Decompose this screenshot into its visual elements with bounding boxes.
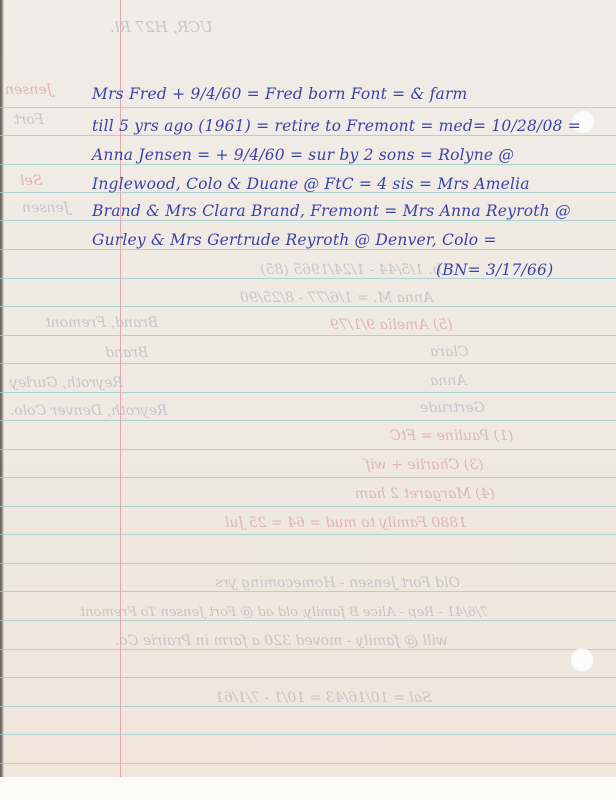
note-line-3: Anna Jensen = + 9/4/60 = sur by 2 sons =… [92, 145, 514, 165]
bleed-line: will @ family - moved 320 a farm in Prai… [115, 633, 448, 649]
bleed-line: Brand, Fremont [45, 315, 158, 331]
bleed-line: 1880 Family to mud = 64 = 25 Jul [225, 515, 467, 531]
bleed-line: Reyroth, Gurley [10, 375, 123, 391]
rule-line [0, 591, 616, 592]
bleed-line: Gertrude [420, 400, 485, 416]
top-rule [0, 107, 616, 108]
note-line-2: till 5 yrs ago (1961) = retire to Fremon… [92, 116, 581, 136]
bleed-line: Clara [430, 344, 469, 360]
hole-punch [570, 648, 594, 672]
rule-line [0, 306, 616, 307]
rule-line [0, 420, 616, 421]
rule-line [0, 449, 616, 450]
bleed-margin-note: Fort [14, 112, 44, 128]
rule-line [0, 763, 616, 764]
bleed-margin-note: Sel [20, 173, 42, 189]
bleed-line: (4) Margaret 2 ham [355, 486, 495, 502]
bleed-line: Old Fort Jensen - Homecoming yrs [215, 575, 460, 591]
bleed-margin-note: Jensen [5, 82, 52, 98]
rule-line [0, 620, 616, 621]
bleed-line: (3) Charlie + wif [365, 457, 484, 473]
rule-line [0, 392, 616, 393]
rule-line [0, 649, 616, 650]
rule-line [0, 506, 616, 507]
rule-line [0, 563, 616, 564]
note-line-7: (BN= 3/17/66) [436, 260, 553, 280]
bleed-line: Reyroth, Denver Colo. [10, 403, 168, 419]
bleed-header: UCR, H27 Rl. [110, 18, 213, 36]
rule-line [0, 335, 616, 336]
bleed-line: 7/6/41 - Rep - Alice B family, old ad @ … [80, 605, 488, 620]
scan-edge-shadow [0, 0, 4, 777]
bleed-line: (1) Pauline = FtC [390, 428, 513, 444]
rule-line [0, 477, 616, 478]
note-line-4: Inglewood, Colo & Duane @ FtC = 4 sis = … [92, 174, 530, 194]
bleed-line: Anna [430, 373, 467, 389]
note-line-6: Gurley & Mrs Gertrude Reyroth @ Denver, … [92, 230, 497, 250]
bleed-line: Brand [105, 345, 148, 361]
rule-line [0, 677, 616, 678]
bleed-line: b. 1/5/44 - 1/24/1965 (85) [260, 262, 442, 278]
bleed-line: Anna M. = 1/6/77 - 8/25/90 [240, 290, 433, 306]
bleed-line: Sal = 10/16/43 = 10/1 - 7/1/61 [215, 690, 432, 706]
rule-line [0, 734, 616, 735]
notebook-page: UCR, H27 Rl. Jensen Fort Sel Jensen b. 1… [0, 0, 616, 777]
note-line-5: Brand & Mrs Clara Brand, Fremont = Mrs A… [92, 201, 571, 221]
rule-line [0, 706, 616, 707]
bleed-line: (5) Amelia 9/1/79 [330, 317, 453, 333]
rule-line [0, 363, 616, 364]
rule-line [0, 534, 616, 535]
note-line-1: Mrs Fred + 9/4/60 = Fred born Font = & f… [92, 84, 467, 104]
bleed-margin-note: Jensen [22, 200, 69, 216]
